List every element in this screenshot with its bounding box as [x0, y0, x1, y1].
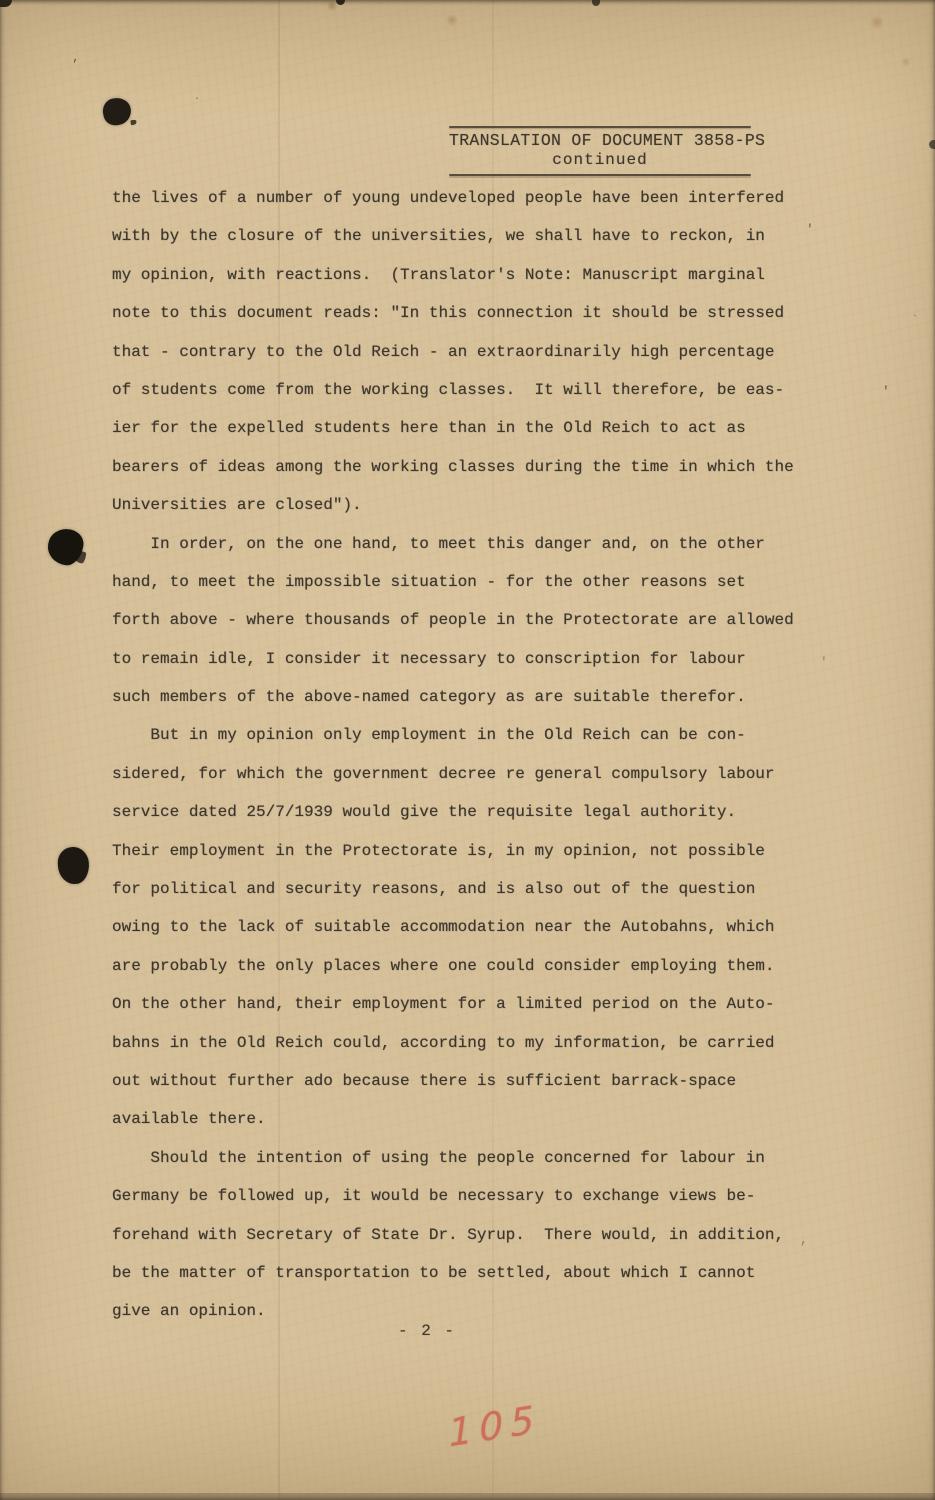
document-body-line: that - contrary to the Old Reich - an ex… — [112, 333, 822, 371]
document-body-line: Their employment in the Protectorate is,… — [112, 832, 822, 870]
document-body-line: On the other hand, their employment for … — [112, 985, 822, 1023]
paper-edge-mark — [592, 0, 600, 6]
header-rule-bottom — [449, 174, 751, 176]
paper-edge-mark — [0, 0, 12, 7]
document-body-line: In order, on the one hand, to meet this … — [112, 525, 822, 563]
document-body-line: such members of the above-named category… — [112, 678, 822, 716]
ink-blot — [57, 846, 91, 885]
paper-edge-mark — [929, 140, 935, 149]
paper-speck: , — [800, 1232, 808, 1247]
document-body-line: of students come from the working classe… — [112, 371, 822, 409]
paper-speck: ` — [911, 313, 919, 328]
document-body-line: bearers of ideas among the working class… — [112, 448, 822, 486]
paper-speck: ' — [806, 222, 814, 237]
paper-speck: ' — [820, 655, 828, 670]
document-body-line: are probably the only places where one c… — [112, 947, 822, 985]
document-body-line: service dated 25/7/1939 would give the r… — [112, 793, 822, 831]
scanned-document-page: TRANSLATION OF DOCUMENT 3858-PS continue… — [0, 0, 935, 1500]
ink-blot — [100, 95, 133, 127]
document-body-line: hand, to meet the impossible situation -… — [112, 563, 822, 601]
document-body-line: Germany be followed up, it would be nece… — [112, 1177, 822, 1215]
page-number: - 2 - — [352, 1322, 502, 1340]
document-body-line: for political and security reasons, and … — [112, 870, 822, 908]
document-body-line: note to this document reads: "In this co… — [112, 294, 822, 332]
document-body: the lives of a number of young undevelop… — [112, 179, 822, 1331]
document-header: TRANSLATION OF DOCUMENT 3858-PS continue… — [449, 126, 751, 176]
ink-blot — [46, 527, 86, 568]
document-body-line: be the matter of transportation to be se… — [112, 1254, 822, 1292]
document-body-line: forehand with Secretary of State Dr. Syr… — [112, 1216, 822, 1254]
paper-speck: ' — [68, 56, 79, 72]
document-body-line: out without further ado because there is… — [112, 1062, 822, 1100]
document-body-line: Should the intention of using the people… — [112, 1139, 822, 1177]
paper-speck: ' — [882, 384, 890, 399]
document-body-line: owing to the lack of suitable accommodat… — [112, 908, 822, 946]
document-body-line: forth above - where thousands of people … — [112, 601, 822, 639]
document-body-line: But in my opinion only employment in the… — [112, 716, 822, 754]
handwritten-page-number: 105 — [447, 1397, 542, 1456]
document-body-line: available there. — [112, 1100, 822, 1138]
document-body-line: ier for the expelled students here than … — [112, 409, 822, 447]
document-body-line: the lives of a number of young undevelop… — [112, 179, 822, 217]
document-body-line: sidered, for which the government decree… — [112, 755, 822, 793]
document-body-line: my opinion, with reactions. (Translator'… — [112, 256, 822, 294]
document-body-line: to remain idle, I consider it necessary … — [112, 640, 822, 678]
document-body-line: Universities are closed"). — [112, 486, 822, 524]
paper-edge-mark — [336, 0, 345, 5]
document-body-line: with by the closure of the universities,… — [112, 217, 822, 255]
paper-edge-mark — [0, 1493, 935, 1500]
paper-speck: . — [194, 92, 200, 103]
document-subtitle: continued — [449, 150, 751, 171]
document-title: TRANSLATION OF DOCUMENT 3858-PS — [449, 128, 751, 150]
document-body-line: bahns in the Old Reich could, according … — [112, 1024, 822, 1062]
